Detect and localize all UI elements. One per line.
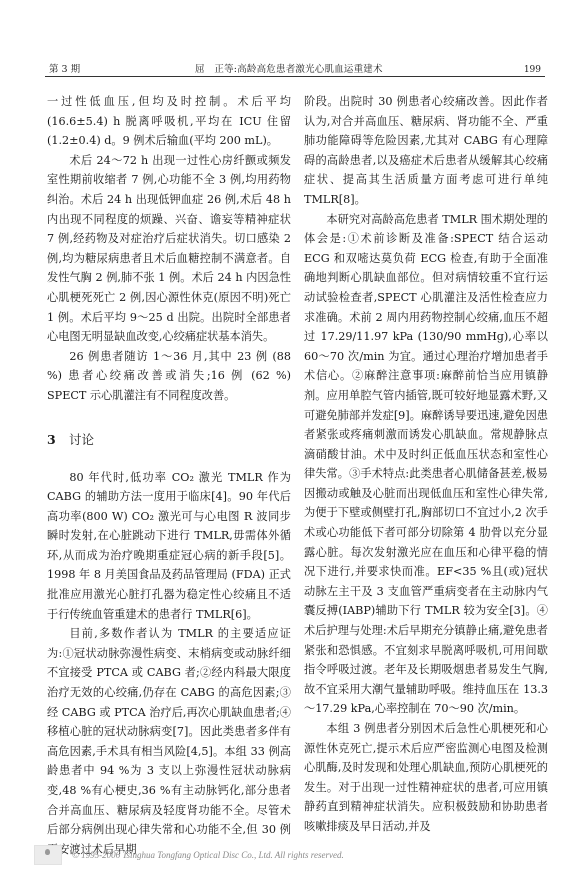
paragraph: 本组 3 例患者分别因术后急性心肌梗死和心源性休克死亡,提示术后应严密监测心电图… [304, 719, 548, 837]
running-header: 第 3 期 屈 正等:高龄高危患者激光心肌血运重建术 199 [45, 58, 545, 77]
paragraph: 术后 24～72 h 出现一过性心房纤颤或频发室性期前收缩者 7 例,心功能不全… [47, 151, 291, 347]
paragraph: 阶段。出院时 30 例患者心绞痛改善。因此作者认为,对合并高血压、糖尿病、肾功能… [304, 92, 548, 210]
section-number: 3 [47, 430, 69, 450]
cnki-logo-icon [34, 845, 62, 865]
copyright-text: © 1995-2006 Tsinghua Tongfang Optical Di… [72, 850, 344, 860]
paragraph: 目前,多数作者认为 TMLR 的主要适应证为:①冠状动脉弥漫性病变、末梢病变或动… [47, 624, 291, 859]
copyright-footer: © 1995-2006 Tsinghua Tongfang Optical Di… [34, 845, 344, 865]
article-running-title: 屈 正等:高龄高危患者激光心肌血运重建术 [195, 61, 383, 75]
section-heading: 3讨论 [47, 430, 291, 450]
right-column: 阶段。出院时 30 例患者心绞痛改善。因此作者认为,对合并高血压、糖尿病、肾功能… [304, 92, 548, 837]
journal-issue: 第 3 期 [49, 61, 80, 75]
left-column: 一过性低血压,但均及时控制。术后平均 (16.6±5.4) h 脱离呼吸机,平均… [47, 92, 291, 859]
paragraph: 本研究对高龄高危患者 TMLR 围术期处理的体会是:①术前诊断及准备:SPECT… [304, 210, 548, 719]
paragraph: 26 例患者随访 1～36 月,其中 23 例 (88 %) 患者心绞痛改善或消… [47, 347, 291, 406]
paragraph: 一过性低血压,但均及时控制。术后平均 (16.6±5.4) h 脱离呼吸机,平均… [47, 92, 291, 151]
page-number: 199 [524, 65, 541, 75]
paragraph: 80 年代时,低功率 CO₂ 激光 TMLR 作为 CABG 的辅助方法一度用于… [47, 468, 291, 625]
section-title: 讨论 [69, 432, 94, 447]
